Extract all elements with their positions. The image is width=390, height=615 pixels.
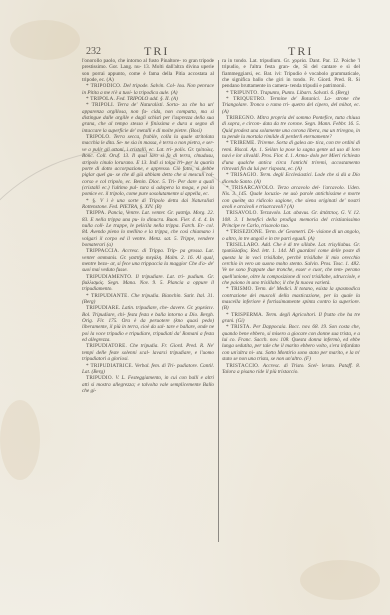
dictionary-entry: * §. V i è una sorte di Tripolo detta da… [82, 198, 214, 211]
entry-headword: TRIPUDIATORE. [86, 343, 127, 349]
running-head-left: TRI [144, 44, 169, 59]
entry-headword: * TRIPUDIATRICE. [86, 363, 133, 369]
entry-headword: * TRIPODICO. [86, 83, 122, 89]
dictionary-entry: * TRISPERMA. Term. degli Agricoltori. Il… [222, 312, 360, 325]
page-number: 232 [86, 46, 101, 57]
entry-definition: Per Dappocaia. Bocc. nov. 68. 19. Son co… [222, 324, 360, 362]
dictionary-entry: TRIREGNO. Mitra propria del sommo Pontef… [222, 115, 360, 140]
entry-headword: * TRISTA. [226, 324, 251, 330]
dictionary-entry: * TRIPUDIATRICE. Verbal. fem. di Tri- pu… [82, 363, 214, 376]
entry-headword: TRISTACCIO. [226, 363, 260, 369]
entry-definition: Terra secca, frabile, colla la quale str… [82, 134, 214, 197]
entry-definition: Latin. tripudiare, che- davere. Gr. χορε… [82, 305, 214, 343]
dictionary-entry: * TRIREME. Trireme. Sorta di galea an- t… [222, 140, 360, 172]
page-header: 232 TRI TRI [80, 44, 360, 58]
entry-headword: TRIPUDIAMENTO. [86, 274, 133, 280]
entry-definition: Fed. TRIPOLO add. §. II. (A) [115, 96, 178, 102]
dictionary-entry: TRIPPA. Pancia, Ventre. Lat. venter. Gr.… [82, 210, 214, 248]
entry-headword: TRIPUDIARE. [86, 305, 120, 311]
dictionary-entry: * TRIPOLI. Terra de' Naturalisti. Sorta-… [82, 102, 214, 134]
dictionary-entry: * TRISTA. Per Dappocaia. Bocc. nov. 68. … [222, 324, 360, 362]
dictionary-entry: * TRISMO. Term. de' Medici. Il totano, e… [222, 286, 360, 311]
dictionary-entry: * TRIQUETRO. Termine de' Botanici. La- s… [222, 96, 360, 115]
dictionary-entry: TRIPUDIARE. Latin. tripudiare, che- dave… [82, 305, 214, 343]
dictionary-entry: TRISAVOLO. Terzavolo. Lat. abavus. Gr. ἀ… [222, 210, 360, 229]
dictionary-entry: TRIPOLO. Terra secca, frabile, colla la … [82, 134, 214, 197]
entry-continuation: l'onorollo paolo, che intorno al fusto P… [82, 58, 214, 83]
entry-headword: * TRISPERMA. [226, 312, 264, 318]
entry-headword: TRIREGNO. [226, 115, 255, 121]
running-head-right: TRI [288, 44, 313, 59]
entry-definition: Pancia, Ventre. Lat. venter. Gr. γαστήρ.… [82, 210, 214, 248]
entry-continuation: ra in tondo. Lat. tripudium. Gr. χορεία.… [222, 58, 360, 90]
dictionary-entry: * TRISAGIO. Term. degli Ecclesiastici. L… [222, 172, 360, 185]
column-divider [218, 60, 219, 542]
dictionary-entry: TRIPPACCIA. Accresc. di Trippa. Trip- pa… [82, 248, 214, 273]
entry-headword: * TRIPUDIANTE. [86, 293, 129, 299]
entry-headword: * TRISEZIONE. [226, 229, 264, 235]
entry-headword: * TRISAGIO. [226, 172, 258, 178]
entry-definition: Trapunto, Punto. Libarn. Salvati. 6. (Be… [259, 90, 349, 96]
entry-headword: TRIPPACCIA. [86, 248, 119, 254]
dictionary-entry: TRISILLABO. Add. Che è di tre sillabe. L… [222, 242, 360, 286]
right-column: ra in tondo. Lat. tripudium. Gr. χορεία.… [222, 58, 360, 375]
dictionary-entry: TRIPUDIATORE. Che tripudia. Fr. Giord. P… [82, 343, 214, 362]
paper-stain [300, 560, 380, 600]
entry-headword: TRIPOLO. [86, 134, 111, 140]
entry-headword: * TRIREME. [226, 140, 256, 146]
dictionary-entry: * TRIPUDIANTE. Che tripudia. Bianchin. S… [82, 293, 214, 306]
entry-headword: TRIPPA. [86, 210, 106, 216]
entry-headword: * TRIPOLA. [86, 96, 115, 102]
entry-headword: * TRIPUNTO. [226, 90, 259, 96]
dictionary-entry: * TRIPODICO. Del tripode. Salvin. Col- l… [82, 83, 214, 96]
dictionary-entry: TRIPUDIAMENTO. Il tripudiare. Lat. tri- … [82, 274, 214, 293]
dictionary-entry: * TRISARCAVOLO. Terzo arcavolo del- l'ar… [222, 185, 360, 210]
paper-stain [10, 20, 80, 60]
entry-headword: * TRISARCAVOLO. [226, 185, 275, 191]
entry-headword: TRIPUDIO. [86, 375, 113, 381]
entry-headword: * §. [86, 198, 97, 204]
dictionary-entry: TRIPUDIO. V. L. Festeggiamento, in cui c… [82, 375, 214, 394]
entry-headword: TRISAVOLO. [226, 210, 258, 216]
entry-definition: V i è una sorte di Tripolo detta dai Nat… [82, 198, 214, 210]
entry-headword: * TRIQUETRO. [226, 96, 266, 102]
dictionary-entry: * TRISEZIONE. Term. de' Geometri. Di- vi… [222, 229, 360, 242]
entry-headword: * TRIPOLI. [86, 102, 114, 108]
left-column: l'onorollo paolo, che intorno al fusto P… [82, 58, 214, 394]
entry-headword: * TRISMO. [226, 286, 253, 292]
dictionary-entry: TRISTACCIO. Accresc. di Tristo. Scel- le… [222, 363, 360, 376]
entry-definition: Add. Che è di tre sillabe. Lat. trisylla… [222, 242, 360, 286]
